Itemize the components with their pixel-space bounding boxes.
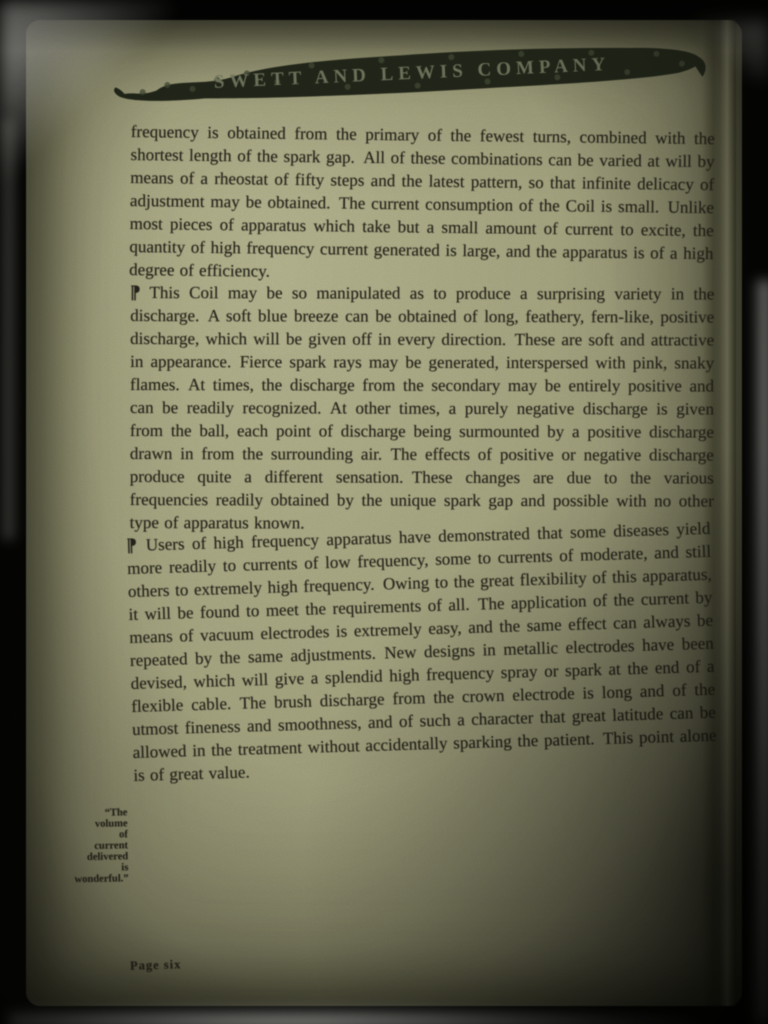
paragraph-mark-icon: ¶ [130,283,140,302]
book-page-photo: SWETT AND LEWIS COMPANY “The volume of c… [0,0,768,1024]
paragraph-text: frequency is obtained from the primary o… [129,122,715,281]
paragraph: ¶This Coil may be so manipulated as to p… [130,281,715,536]
margin-note-line: delivered [44,851,128,863]
paragraph-text: Users of high frequency apparatus have d… [127,519,717,785]
edge-highlight-right [752,280,768,1024]
paragraph-text: This Coil may be so manipulated as to pr… [130,283,715,532]
paragraph: ¶Users of high frequency apparatus have … [126,517,717,787]
margin-note-line: wonderful.” [44,873,128,885]
body-text: frequency is obtained from the primary o… [130,120,714,787]
book-page: SWETT AND LEWIS COMPANY “The volume of c… [26,20,742,1006]
edge-highlight-bottom [8,1006,708,1024]
paragraph: frequency is obtained from the primary o… [129,120,715,288]
edge-highlight-left [4,120,18,540]
margin-note: “The volume of current delivered is wond… [43,807,128,885]
margin-note-line: volume [44,818,128,830]
page-number: Page six [130,957,182,973]
page-fold-shadow [702,20,736,1006]
paragraph-mark-icon: ¶ [126,536,137,555]
header-banner: SWETT AND LEWIS COMPANY [111,33,709,112]
banner-ornament-icon: SWETT AND LEWIS COMPANY [111,33,709,112]
